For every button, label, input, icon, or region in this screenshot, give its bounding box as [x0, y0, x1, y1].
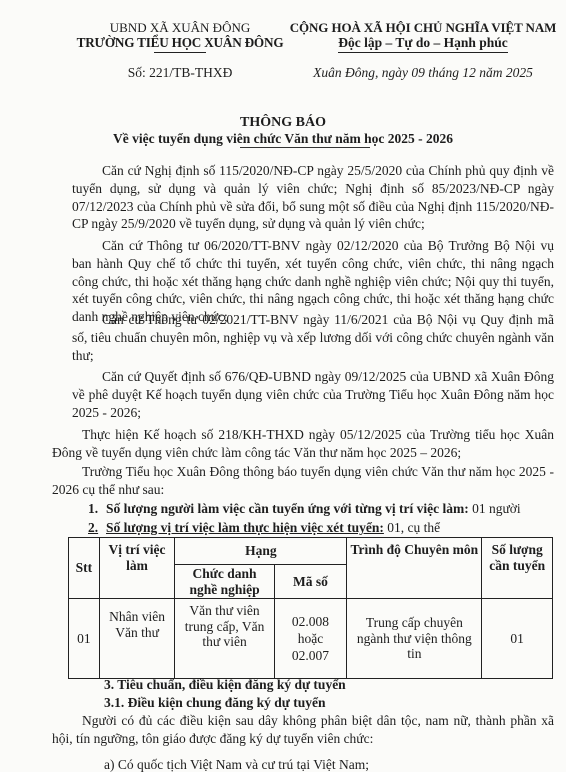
cell-stt: 01	[69, 599, 100, 679]
item-2-label: Số lượng vị trí việc làm thực hiện việc …	[106, 520, 384, 535]
national-header-block: CỘNG HOÀ XÃ HỘI CHỦ NGHĨA VIỆT NAM Độc l…	[280, 20, 566, 53]
document-number: Số: 221/TB-THXĐ	[60, 65, 300, 81]
motto-underline	[338, 52, 508, 53]
header-level: Trình độ Chuyên môn	[347, 538, 482, 599]
document-title: THÔNG BÁO	[0, 115, 566, 131]
cell-title: Văn thư viên trung cấp, Văn thư viên	[175, 599, 274, 679]
header-title: Chức danh nghề nghiệp	[175, 565, 274, 599]
item-1-label: Số lượng người làm việc cần tuyển ứng vớ…	[106, 501, 469, 516]
item-1: 1.Số lượng người làm việc cần tuyển ứng …	[88, 500, 558, 517]
country-name: CỘNG HOÀ XÃ HỘI CHỦ NGHĨA VIỆT NAM	[280, 20, 566, 35]
item-2-number: 2.	[88, 519, 106, 536]
subtitle-underline	[240, 147, 370, 148]
paragraph-legal-basis-3: Căn cứ Thông tư 02/2021/TT-BNV ngày 11/6…	[72, 311, 554, 364]
recruitment-table: Stt Vị trí việc làm Hạng Trình độ Chuyên…	[68, 537, 553, 679]
national-motto: Độc lập – Tự do – Hạnh phúc	[280, 35, 566, 50]
agency-name: UBND XÃ XUÂN ĐÔNG	[60, 20, 300, 35]
paragraph-legal-basis-4: Căn cứ Quyết định số 676/QĐ-UBND ngày 09…	[72, 368, 554, 421]
place-date: Xuân Đông, ngày 09 tháng 12 năm 2025	[280, 65, 566, 81]
header-quantity: Số lượng cần tuyển	[482, 538, 553, 599]
header-stt: Stt	[69, 538, 100, 599]
section-3-1-heading: 3.1. Điều kiện chung đăng ký dự tuyển	[104, 695, 326, 711]
code-alternate: 02.007	[277, 647, 345, 664]
header-code: Mã số	[274, 565, 347, 599]
cell-quantity: 01	[482, 599, 553, 679]
table-row: 01 Nhân viên Văn thư Văn thư viên trung …	[69, 599, 553, 679]
section-3-paragraph: Người có đủ các điều kiện sau dây không …	[52, 712, 554, 748]
cell-level: Trung cấp chuyên ngành thư viện thông ti…	[347, 599, 482, 679]
code-or: hoặc	[277, 630, 345, 647]
section-3-heading: 3. Tiêu chuẩn, điều kiện đăng ký dự tuyể…	[104, 677, 346, 693]
paragraph-announcement: Trường Tiểu học Xuân Đông thông báo tuyể…	[52, 463, 554, 499]
condition-a: a) Có quốc tịch Việt Nam và cư trú tại V…	[104, 757, 369, 772]
school-name: TRƯỜNG TIỂU HỌC XUÂN ĐÔNG	[60, 35, 300, 50]
item-2: 2.Số lượng vị trí việc làm thực hiện việ…	[88, 519, 558, 536]
agency-underline	[154, 52, 206, 53]
item-1-number: 1.	[88, 500, 106, 517]
item-1-value: 01 người	[469, 501, 521, 516]
header-position: Vị trí việc làm	[99, 538, 175, 599]
header-rank: Hạng	[175, 538, 347, 565]
issuing-agency-block: UBND XÃ XUÂN ĐÔNG TRƯỜNG TIỂU HỌC XUÂN Đ…	[60, 20, 300, 53]
table-header-row: Stt Vị trí việc làm Hạng Trình độ Chuyên…	[69, 538, 553, 565]
code-primary: 02.008	[277, 613, 345, 630]
paragraph-plan: Thực hiện Kế hoạch số 218/KH-THXD ngày 0…	[52, 426, 554, 462]
cell-position: Nhân viên Văn thư	[99, 599, 175, 679]
paragraph-legal-basis-1: Căn cứ Nghị định số 115/2020/NĐ-CP ngày …	[72, 162, 554, 233]
item-2-value: 01, cụ thể	[384, 520, 440, 535]
document-subtitle: Về việc tuyển dụng viên chức Văn thư năm…	[0, 131, 566, 147]
cell-code: 02.008 hoặc 02.007	[274, 599, 347, 679]
